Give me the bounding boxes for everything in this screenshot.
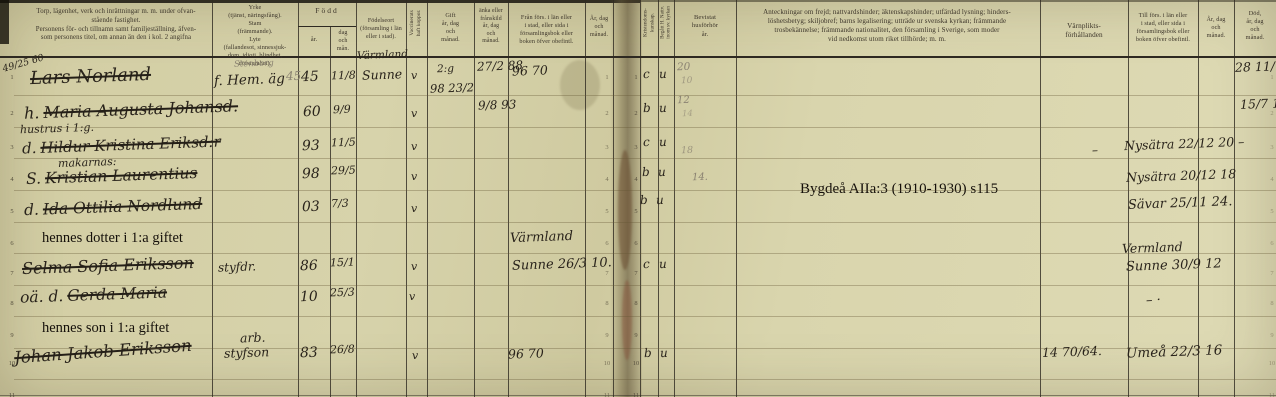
rule-v-fran-ardag (585, 0, 586, 397)
rownum-left: 10 (6, 360, 18, 367)
kristendom-mark-row1: c (643, 67, 650, 81)
header-dod: Död, år, dag och månad. (1234, 10, 1276, 42)
name-prefix-row5: d. (24, 201, 39, 220)
church-record-page: Torp, lägenhet, verk och inrättningar m.… (0, 0, 1276, 397)
name-row8: Gerda Maria (67, 283, 167, 304)
rule-h-fodd-split (298, 26, 356, 27)
moved-to-row8: – · (1146, 293, 1161, 309)
header-ar-dag-1: År, dag och månad. (585, 16, 613, 39)
rownum-gutter-right: 3 (630, 144, 642, 151)
rownum-left: 9 (6, 332, 18, 339)
header-gift: Gift år, dag och månad. (427, 12, 474, 44)
name-row2: Maria Augusta Johansd. (43, 96, 238, 122)
born-year-row5: 03 (302, 199, 320, 216)
name-prefix-row2: h. (24, 103, 40, 123)
moved-to-row3: Nysätra 22/12 20 – (1124, 134, 1245, 153)
husforhor-row2: 12 (677, 95, 690, 106)
born-date-row10: 26/8 (330, 343, 355, 357)
row-separator-line (14, 285, 1276, 286)
rownum-left: 5 (6, 208, 18, 215)
name-prefix-row4: S. (26, 169, 42, 188)
vaccinated-row10: v (412, 349, 419, 362)
born-year-row3: 93 (302, 138, 320, 155)
yrke-pencil-row1: 45 (286, 69, 302, 84)
moved-to-row10: Umeå 22/3 16 (1126, 342, 1223, 361)
rule-v-ant-varn (1040, 0, 1041, 397)
rownum-gutter-left: 2 (601, 110, 613, 117)
moved-to-row4: Nysätra 20/12 18 (1126, 166, 1237, 185)
rownum-gutter-right: 8 (630, 300, 642, 307)
rownum-edge-right: 3 (1266, 144, 1276, 151)
rownum-gutter-right: 9 (630, 332, 642, 339)
rule-h-header-bottom (0, 56, 1276, 58)
header-fodelseort: Födelseort (församling i län eller i sta… (356, 18, 406, 41)
rule-v-leftpage-edge (613, 0, 614, 397)
row-separator-line (14, 95, 1276, 96)
born-date-row3: 11/5 (331, 136, 356, 150)
header-vaccinerats-vertical: Vaccinerats haft koppor. (409, 0, 423, 50)
born-year-row4: 98 (302, 166, 320, 183)
rownum-gutter-left: 11 (601, 392, 613, 397)
rownum-left: 1 (6, 74, 18, 81)
from-parish-row7: Sunne 26/3 10. (512, 255, 612, 273)
born-date-row2: 9/9 (333, 103, 351, 117)
rownum-gutter-left: 10 (601, 360, 613, 367)
rule-v-gift-anka (474, 0, 475, 397)
row-separator-line (14, 316, 1276, 317)
header-husforhor: Bevistat husförhör år. (674, 14, 736, 39)
nattvard-mark-row5: u (656, 193, 664, 207)
nattvard-mark-row4: u (658, 165, 666, 179)
rownum-gutter-right: 6 (630, 240, 642, 247)
born-year-row8: 10 (300, 289, 318, 306)
husforhor-row4: 14. (692, 172, 708, 184)
born-date-row5: 7/3 (331, 197, 349, 211)
nattvard-mark-row2: u (659, 101, 667, 115)
rownum-edge-right: 10 (1266, 360, 1276, 367)
kristendom-mark-row2: b (643, 101, 651, 115)
from-ref-row1: 96 70 (512, 62, 548, 78)
nattvard-mark-row7: u (659, 257, 667, 271)
rownum-edge-right: 4 (1266, 176, 1276, 183)
born-year-row1: 45 (301, 69, 319, 86)
rownum-gutter-left: 5 (601, 208, 613, 215)
rule-v-husf-ant (736, 0, 737, 397)
rownum-gutter-left: 8 (601, 300, 613, 307)
rule-v-vacc-gift (427, 0, 428, 397)
born-date-row4: 29/5 (331, 164, 356, 178)
rownum-gutter-right: 11 (630, 392, 642, 397)
rownum-left: 2 (6, 110, 18, 117)
nattvard-mark-row3: u (659, 135, 667, 149)
header-fodd: Född (298, 6, 356, 16)
kristendom-mark-row7: c (643, 257, 650, 271)
relation-label-son: hennes son i 1:a giftet (42, 320, 169, 337)
header-till-fors: Till förs. i län eller i stad, eller sid… (1129, 12, 1197, 44)
kristendom-mark-row5: b (640, 193, 648, 207)
name-prefix-row8: oä. d. (20, 287, 64, 306)
header-anka: änka eller frånskild år, dag och månad. (474, 8, 508, 46)
rownum-left: 11 (6, 392, 18, 397)
header-kristendom-vertical: Kristendoms- kunskap. (642, 0, 655, 50)
name-row3: Hildur Kristina Eriksd:r (40, 133, 221, 157)
vaccinated-row8: v (409, 290, 416, 303)
rownum-gutter-right: 10 (630, 360, 642, 367)
name-row7: Selma Sofia Eriksson (22, 253, 194, 278)
varnplikt-dash-row3: – (1092, 143, 1098, 157)
row-separator-line (14, 222, 1276, 223)
rownum-left: 6 (6, 240, 18, 247)
row-separator-line (14, 127, 1276, 128)
header-fran-fors: Från förs. i län eller i stad, eller sid… (508, 14, 585, 46)
yrke-row10: arb. (240, 330, 266, 346)
rownum-edge-right: 7 (1266, 270, 1276, 277)
row-separator-line (14, 253, 1276, 254)
vaccinated-row1: v (411, 69, 418, 82)
name-prefix-row3: d. (22, 139, 37, 157)
rownum-left: 8 (6, 300, 18, 307)
died-date-row1: 28 11/7 (1235, 58, 1276, 75)
husforhor-2-row2: 14 (682, 109, 693, 119)
married-date-row1: 98 23/2 (430, 80, 475, 96)
vaccinated-row4: v (411, 170, 418, 183)
rownum-gutter-right: 2 (630, 110, 642, 117)
rownum-edge-right: 2 (1266, 110, 1276, 117)
rownum-gutter-left: 7 (601, 270, 613, 277)
header-fodd-ar: år. (298, 36, 330, 44)
header-anteckningar: Anteckningar om frejd; nattvardshinder; … (736, 8, 1038, 44)
born-year-row2: 60 (303, 104, 321, 121)
vaccinated-row2: v (411, 107, 418, 120)
header-ar-dag-2: År, dag och månad. (1198, 16, 1234, 40)
rownum-edge-right: 1 (1266, 74, 1276, 81)
husforhor-2-row1: 10 (681, 76, 693, 86)
yrke-row1: f. Hem. äg (214, 71, 285, 89)
rownum-edge-right: 5 (1266, 208, 1276, 215)
born-date-row8: 25/3 (330, 286, 355, 300)
widowed-date-row2: 9/8 93 (478, 97, 517, 112)
rownum-edge-right: 8 (1266, 300, 1276, 307)
kristendom-mark-row4: b (642, 165, 650, 179)
row-separator-line (14, 190, 1276, 191)
rownum-edge-right: 11 (1266, 392, 1276, 397)
rule-v-nattv-husf (674, 0, 675, 397)
husforhor-row1: 20 (677, 61, 691, 73)
born-year-row7: 86 (300, 258, 318, 275)
birthplace-row1: Sunne (362, 66, 403, 82)
kristendom-mark-row3: c (643, 135, 650, 149)
rownum-gutter-left: 1 (601, 74, 613, 81)
header-varnplikt: Värnplikts- förhållanden (1040, 22, 1128, 41)
name-note-row2: hustrus i 1:g. (20, 121, 94, 137)
vaccinated-row7: v (411, 260, 418, 273)
name-row10: Johan Jakob Eriksson (14, 336, 193, 367)
nattvard-mark-row1: u (659, 67, 667, 81)
rownum-edge-right: 6 (1266, 240, 1276, 247)
rownum-gutter-left: 6 (601, 240, 613, 247)
page-corner-shadow (0, 0, 9, 44)
header-person-column: Torp, lägenhet, verk och inrättningar m.… (22, 8, 210, 43)
rule-v-yrke-fodd (298, 0, 299, 397)
rownum-left: 3 (6, 144, 18, 151)
row-separator-line (14, 348, 1276, 349)
yrke-pencil-note-row1: Stenborg (234, 58, 274, 69)
name-row4: Kristian Laurentius (45, 164, 198, 187)
rownum-left: 4 (6, 176, 18, 183)
rownum-gutter-right: 1 (630, 74, 642, 81)
rownum-gutter-right: 5 (630, 208, 642, 215)
row-separator-line (14, 158, 1276, 159)
header-fodd-dag: dag och mån. (330, 30, 356, 53)
relation-label-daughter: hennes dotter i 1:a giftet (42, 230, 183, 247)
rownum-gutter-left: 4 (601, 176, 613, 183)
born-date-row1: 11/8 (331, 69, 356, 83)
paper-smudge (560, 60, 600, 110)
from-region-row6: Värmland (510, 229, 574, 246)
moved-to-row5: Sävar 25/11 24. (1128, 194, 1233, 213)
row-separator-line (14, 379, 1276, 380)
vaccinated-row5: v (411, 202, 418, 215)
header-nattvard-vertical: Begått H. Nattv. inom sv. kyrkan (660, 0, 673, 49)
vaccinated-row3: v (411, 140, 418, 153)
page-top-edge (0, 0, 640, 3)
rownum-gutter-left: 3 (601, 144, 613, 151)
yrke-row7: styfdr. (218, 259, 257, 274)
yrke-2-row10: styfson (224, 344, 270, 361)
rownum-gutter-left: 9 (601, 332, 613, 339)
husforhor-row3: 18 (681, 145, 693, 156)
rownum-gutter-right: 7 (630, 270, 642, 277)
name-row5: Ida Ottilia Nordlund (43, 195, 203, 219)
rownum-left: 7 (6, 270, 18, 277)
born-date-row7: 15/1 (330, 256, 355, 270)
married-note-row1: 2:g (437, 63, 454, 76)
moved-to-row7: Sunne 30/9 12 (1126, 256, 1222, 274)
birthplace-region-row1: Värmland. (357, 48, 412, 62)
varnplikt-row10: 14 70/64. (1042, 343, 1102, 360)
rownum-gutter-right: 4 (630, 176, 642, 183)
rownum-edge-right: 9 (1266, 332, 1276, 339)
name-row1: Lars Norland (30, 64, 152, 89)
